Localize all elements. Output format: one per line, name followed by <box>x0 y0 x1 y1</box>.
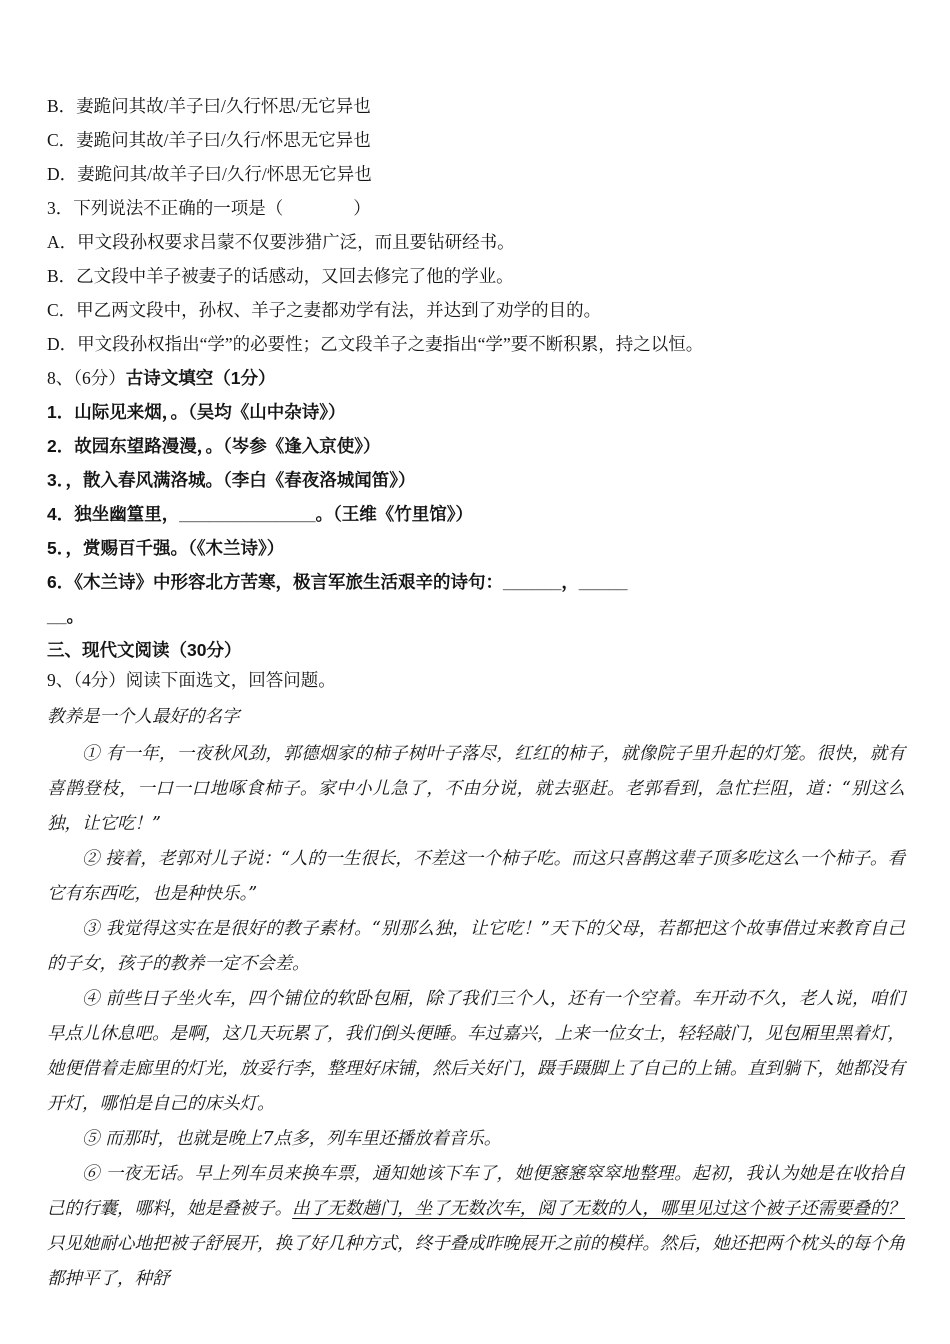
question3-option-b: B．乙文段中羊子被妻子的话感动，又回去修完了他的学业。 <box>47 266 905 286</box>
sentence-break-option-d: D．妻跪问其/故羊子曰/久行/怀思无它异也 <box>47 164 905 184</box>
passage-paragraph-5: ⑤ 而那时，也就是晚上7点多，列车里还播放着音乐。 <box>47 1122 905 1157</box>
question3-stem: 3．下列说法不正确的一项是（ ） <box>47 198 905 218</box>
question8-item-6: 6．《木兰诗》中形容北方苦寒，极言军旅生活艰辛的诗句：______，_____ <box>47 572 905 592</box>
question8-title: 古诗文填空（1分） <box>126 368 276 388</box>
passage-paragraph-4: ④ 前些日子坐火车，四个铺位的软卧包厢，除了我们三个人，还有一个空着。车开动不久… <box>47 982 905 1122</box>
question8-number: 8、（6分） <box>47 368 126 388</box>
question8-item-2: 2．故园东望路漫漫，。（岑参《逢入京使》） <box>47 436 905 456</box>
passage-paragraph-6: ⑥ 一夜无话。早上列车员来换车票，通知她该下车了，她便窸窸窣窣地整理。起初，我认… <box>47 1157 905 1297</box>
sentence-break-option-b: B．妻跪问其故/羊子曰/久行怀思/无它异也 <box>47 96 905 116</box>
sentence-break-option-c: C．妻跪问其故/羊子曰/久行/怀思无它异也 <box>47 130 905 150</box>
paragraph-6-tail: 只见她耐心地把被子舒展开，换了好几种方式，终于叠成昨晚展开之前的模样。然后，她还… <box>47 1234 905 1289</box>
question8-item-1: 1．山际见来烟，。（吴均《山中杂诗》） <box>47 402 905 422</box>
question8-heading: 8、（6分）古诗文填空（1分） <box>47 368 905 388</box>
passage-paragraph-1: ① 有一年，一夜秋风劲，郭德烟家的柿子树叶子落尽，红红的柿子，就像院子里升起的灯… <box>47 737 905 842</box>
question8-item-6-continuation: __。 <box>47 606 905 626</box>
question8-item-5: 5．，赏赐百千强。（《木兰诗》） <box>47 538 905 558</box>
paragraph-6-underlined-sentence: 出了无数趟门，坐了无数次车，阅了无数的人，哪里见过这个被子还需要叠的？ <box>292 1199 905 1219</box>
question3-option-a: A．甲文段孙权要求吕蒙不仅要涉猎广泛，而且要钻研经书。 <box>47 232 905 252</box>
reading-passage: 教养是一个人最好的名字 ① 有一年，一夜秋风劲，郭德烟家的柿子树叶子落尽，红红的… <box>47 700 905 1297</box>
question3-option-c: C．甲乙两文段中，孙权、羊子之妻都劝学有法，并达到了劝学的目的。 <box>47 300 905 320</box>
question3-option-d: D．甲文段孙权指出“学”的必要性；乙文段羊子之妻指出“学”要不断积累，持之以恒。 <box>47 334 905 354</box>
question8-item-3: 3．，散入春风满洛城。（李白《春夜洛城闻笛》） <box>47 470 905 490</box>
exam-page: B．妻跪问其故/羊子曰/久行怀思/无它异也 C．妻跪问其故/羊子曰/久行/怀思无… <box>0 0 950 1344</box>
section3-heading: 三、现代文阅读（30分） <box>47 640 905 660</box>
passage-paragraph-2: ② 接着，老郭对儿子说：“人的一生很长，不差这一个柿子吃。而这只喜鹊这辈子顶多吃… <box>47 842 905 912</box>
question9-intro: 9、（4分）阅读下面选文，回答问题。 <box>47 670 905 690</box>
passage-title: 教养是一个人最好的名字 <box>47 700 905 735</box>
passage-paragraph-3: ③ 我觉得这实在是很好的教子素材。“别那么独，让它吃！”天下的父母，若都把这个故… <box>47 912 905 982</box>
question8-item-4: 4．独坐幽篁里，______________。（王维《竹里馆》） <box>47 504 905 524</box>
